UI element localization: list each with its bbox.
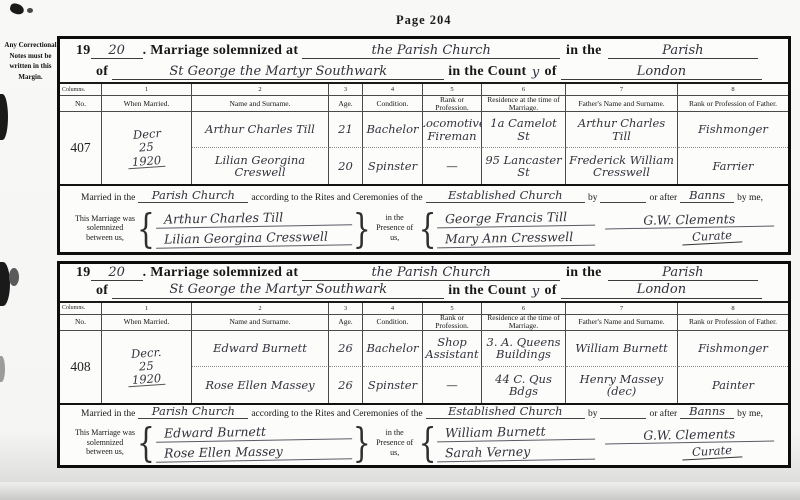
groom-signature: Edward Burnett <box>156 422 352 442</box>
column-number: 2 <box>192 303 329 315</box>
officiant-signature-area: G.W. Clements Curate <box>595 424 778 461</box>
column-number: 5 <box>423 84 482 96</box>
column-number: 2 <box>192 84 329 96</box>
count-label: in the Count <box>448 283 526 299</box>
parish-name: Parish <box>608 44 758 59</box>
groom-profession: Locomotive Fireman <box>423 112 482 148</box>
solemnized-at-label: . Marriage solemnized at <box>143 265 299 281</box>
column-number: 5 <box>423 303 482 315</box>
bride-name: Rose Ellen Massey <box>192 367 329 403</box>
groom-name: Arthur Charles Till <box>192 112 329 148</box>
column-number: 6 <box>482 84 566 96</box>
officiant-signature-area: G.W. Clements Curate <box>595 208 778 248</box>
brace-open-icon: { <box>418 199 438 255</box>
column-header: Residence at the time of Marriage. <box>482 96 566 112</box>
church-name: the Parish Church <box>302 266 560 281</box>
groom-father: Arthur Charles Till <box>566 112 678 148</box>
form-header-line1: 19 20 . Marriage solemnized at the Paris… <box>60 264 788 282</box>
column-number: 6 <box>482 303 566 315</box>
column-number: 7 <box>566 303 678 315</box>
by-me-label: by me, <box>737 409 763 419</box>
bride-residence: 44 C. Qus Bdgs <box>482 367 566 403</box>
groom-residence: 3. A. Queens Buildings <box>482 331 566 367</box>
register-table: Columns. 1 2 3 4 5 6 7 8 No. When Marrie… <box>60 82 788 186</box>
groom-condition: Bachelor <box>363 112 423 148</box>
officiant-signature: G.W. Clements <box>605 425 774 444</box>
parish-name: Parish <box>608 266 758 281</box>
column-header: Name and Surname. <box>192 96 329 112</box>
groom-residence: 1a Camelot St <box>482 112 566 148</box>
this-marriage-label: This Marriage was solemnized between us, <box>74 208 136 248</box>
margin-note: Any Correctional Notes must be written i… <box>3 40 58 82</box>
bride-signature: Lilian Georgina Cresswell <box>156 228 352 248</box>
groom-signature: Arthur Charles Till <box>156 208 352 228</box>
marriage-record-408: 19 20 . Marriage solemnized at the Paris… <box>57 261 791 468</box>
bride-name: Lilian Georgina Creswell <box>192 148 329 184</box>
signature-block: This Marriage was solemnized between us,… <box>60 206 788 252</box>
by-me-label: by me, <box>737 193 763 203</box>
columns-corner-label: Columns. <box>60 303 102 315</box>
column-number: 3 <box>329 303 363 315</box>
column-header: When Married. <box>102 96 192 112</box>
church-name: the Parish Church <box>302 44 560 59</box>
ceremonies-of: Established Church <box>426 189 585 203</box>
column-number: 7 <box>566 84 678 96</box>
entry-number: 407 <box>60 112 102 184</box>
bride-profession: — <box>423 148 482 184</box>
column-header-no: No. <box>60 315 102 331</box>
bride-condition: Spinster <box>363 148 423 184</box>
banns-written: Banns <box>680 405 734 419</box>
officiant-title: Curate <box>682 227 743 245</box>
brace-open-icon: { <box>418 416 438 468</box>
groom-profession: Shop Assistant <box>423 331 482 367</box>
groom-father: William Burnett <box>566 331 678 367</box>
bride-age: 20 <box>329 148 363 184</box>
scan-artifact <box>9 2 25 15</box>
marriage-record-407: 19 20 . Marriage solemnized at the Paris… <box>57 36 791 255</box>
year-written: 20 <box>91 44 143 59</box>
columns-corner-label: Columns. <box>60 84 102 96</box>
bride-profession: — <box>423 367 482 403</box>
bride-father: Frederick William Cresswell <box>566 148 678 184</box>
scan-artifact <box>0 262 10 306</box>
brace-open-icon: { <box>136 416 156 468</box>
bride-signature: Rose Ellen Massey <box>156 442 352 462</box>
when-married-year: 1920 <box>127 153 165 169</box>
officiant-signature: G.W. Clements <box>605 211 774 230</box>
groom-condition: Bachelor <box>363 331 423 367</box>
form-header-line1: 19 20 . Marriage solemnized at the Paris… <box>60 39 788 60</box>
county-y-written: y <box>527 65 545 80</box>
year-written: 20 <box>91 266 143 281</box>
or-after-label: or after <box>649 193 677 203</box>
year-prefix: 19 <box>76 265 91 281</box>
solemnized-at-label: . Marriage solemnized at <box>143 43 299 59</box>
rites-label: according to the Rites and Ceremonies of… <box>251 409 422 419</box>
brace-close-icon: } <box>352 199 372 255</box>
couple-signatures: Edward Burnett Rose Ellen Massey <box>156 424 352 461</box>
of-label: of <box>96 283 108 299</box>
place-name: St George the Martyr Southwark <box>112 65 444 80</box>
column-header: Condition. <box>363 96 423 112</box>
column-header-no: No. <box>60 96 102 112</box>
form-header-line2: of St George the Martyr Southwark in the… <box>60 282 788 301</box>
column-number: 4 <box>363 303 423 315</box>
groom-father-profession: Fishmonger <box>678 331 788 367</box>
in-the-label: in the <box>566 265 602 281</box>
married-in-label: Married in the <box>81 409 135 419</box>
in-the-label: in the <box>566 43 602 59</box>
bride-father-profession: Painter <box>678 367 788 403</box>
when-married-day: 25 <box>139 141 154 154</box>
scan-artifact <box>9 268 19 286</box>
when-married-year: 1920 <box>127 372 165 388</box>
column-number: 4 <box>363 84 423 96</box>
column-number: 3 <box>329 84 363 96</box>
groom-age: 21 <box>329 112 363 148</box>
column-header: Residence at the time of Marriage. <box>482 315 566 331</box>
married-in-label: Married in the <box>81 193 135 203</box>
rites-label: according to the Rites and Ceremonies of… <box>251 193 422 203</box>
county-name: London <box>561 65 762 80</box>
witness1-signature: George Francis Till <box>437 208 595 228</box>
column-header: Rank or Profession of Father. <box>678 96 788 112</box>
when-married-cell: Decr 25 1920 <box>102 112 192 184</box>
bride-residence: 95 Lancaster St <box>482 148 566 184</box>
presence-label: in the Presence of us, <box>372 208 418 248</box>
entry-number: 408 <box>60 331 102 403</box>
witness-signatures: William Burnett Sarah Verney <box>437 424 595 461</box>
column-header: Father's Name and Surname. <box>566 315 678 331</box>
column-header: Condition. <box>363 315 423 331</box>
witness-signatures: George Francis Till Mary Ann Cresswell <box>437 208 595 248</box>
by-blank <box>600 418 646 419</box>
bride-age: 26 <box>329 367 363 403</box>
register-table: Columns. 1 2 3 4 5 6 7 8 No. When Marrie… <box>60 301 788 405</box>
signature-block: This Marriage was solemnized between us,… <box>60 422 788 465</box>
county-name: London <box>561 283 762 298</box>
form-header-line2: of St George the Martyr Southwark in the… <box>60 60 788 82</box>
presence-label: in the Presence of us, <box>372 424 418 461</box>
scan-edge-shade <box>0 482 800 500</box>
scan-artifact <box>0 94 8 140</box>
bride-father-profession: Farrier <box>678 148 788 184</box>
by-label: by <box>588 409 598 419</box>
year-prefix: 19 <box>76 43 91 59</box>
when-married-cell: Decr. 25 1920 <box>102 331 192 403</box>
county-y-written: y <box>527 284 545 299</box>
page-number: Page 204 <box>396 13 452 28</box>
column-header: Rank or Profession. <box>423 315 482 331</box>
by-blank <box>600 202 646 203</box>
column-header: Age. <box>329 96 363 112</box>
officiant-title: Curate <box>682 442 743 460</box>
column-number: 1 <box>102 84 192 96</box>
of-label: of <box>545 283 557 299</box>
groom-father-profession: Fishmonger <box>678 112 788 148</box>
column-header: Rank or Profession. <box>423 96 482 112</box>
bride-father: Henry Massey (dec) <box>566 367 678 403</box>
count-label: in the Count <box>448 64 526 80</box>
witness2-signature: Sarah Verney <box>437 443 595 463</box>
brace-close-icon: } <box>352 416 372 468</box>
place-name: St George the Martyr Southwark <box>112 283 444 298</box>
column-number: 1 <box>102 303 192 315</box>
column-header: Rank or Profession of Father. <box>678 315 788 331</box>
groom-name: Edward Burnett <box>192 331 329 367</box>
column-number: 8 <box>678 303 788 315</box>
column-header: Father's Name and Surname. <box>566 96 678 112</box>
scan-artifact <box>27 8 33 13</box>
groom-age: 26 <box>329 331 363 367</box>
or-after-label: or after <box>649 409 677 419</box>
witness2-signature: Mary Ann Cresswell <box>437 228 595 248</box>
column-number: 8 <box>678 84 788 96</box>
column-header: Age. <box>329 315 363 331</box>
of-label: of <box>545 64 557 80</box>
banns-written: Banns <box>680 189 734 203</box>
by-label: by <box>588 193 598 203</box>
ceremonies-of: Established Church <box>426 405 585 419</box>
scan-artifact <box>0 356 5 382</box>
this-marriage-label: This Marriage was solemnized between us, <box>74 424 136 461</box>
couple-signatures: Arthur Charles Till Lilian Georgina Cres… <box>156 208 352 248</box>
column-header: When Married. <box>102 315 192 331</box>
witness1-signature: William Burnett <box>437 423 595 443</box>
bride-condition: Spinster <box>363 367 423 403</box>
column-header: Name and Surname. <box>192 315 329 331</box>
brace-open-icon: { <box>136 199 156 255</box>
of-label: of <box>96 64 108 80</box>
